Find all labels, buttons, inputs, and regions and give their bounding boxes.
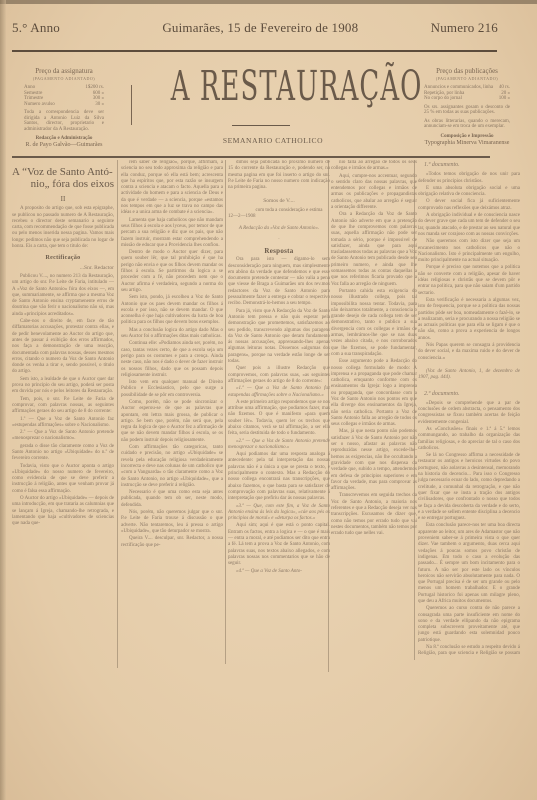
paragraph: gerada o disse tão claramente como a Voz… <box>12 444 114 463</box>
paragraph: rem saber de religião», porque, affirmam… <box>121 160 223 217</box>
paragraph: Mas a conclusão logica do artigo dado Ma… <box>121 328 223 341</box>
paragraph: «Todos temos obrigação de nos unir para … <box>418 172 520 185</box>
paragraph: Aqui podiamos dar uma resposta analoga á… <box>228 452 330 502</box>
paragraph: A este primeiro artigo respondemos que s… <box>228 400 330 438</box>
column-4: nio falla ao arregão de todos os seus co… <box>331 160 417 662</box>
paragraph: A proposito do artigo que, sob esta epig… <box>12 206 114 250</box>
paragraph: Se lá no Congresso affirma a necessidade… <box>418 453 520 522</box>
title-rule <box>232 125 290 126</box>
issue-number: Numero 216 <box>431 20 498 36</box>
price-row: Numero avulso30 » <box>24 102 104 108</box>
discount-note: Os srs. assignantes gosam o desconto de … <box>424 105 510 116</box>
column-1: A “Voz de Santo Antó- nio„ fóra dos eixo… <box>12 160 114 670</box>
paragraph: dimos seja publicada no proximo numero d… <box>228 160 330 191</box>
paragraph: Não queremos com isto dizer que seja um … <box>418 239 520 264</box>
paragraph: Transcrevemos em seguida trechos da Voz … <box>331 493 417 537</box>
volume-label: 5.° Anno <box>12 20 60 36</box>
paragraph: Necessario é que uma como esta seja ante… <box>121 490 223 509</box>
paragraph: Esse argumento pode a Redacção do nosso … <box>331 359 417 428</box>
paragraph: O Auctor do artigo «Ubiquidade» — depois… <box>12 496 114 527</box>
literary-note: As obras litterarias, quando o merecam, … <box>424 119 510 130</box>
column-rule <box>414 160 415 660</box>
header-line: 5.° Anno Guimarães, 15 de Fevereiro de 1… <box>10 20 498 36</box>
publications-box: Preço das publicações (PAGAMENTO ADIANTA… <box>424 68 510 146</box>
paragraph: Mas, já que nesta ponto não podemos sati… <box>331 429 417 492</box>
paragraph: Com affirmações tão categoricas, tanto c… <box>121 445 223 489</box>
column-2: rem saber de religião», porque, affirmam… <box>121 160 223 662</box>
article-part: II <box>12 196 114 202</box>
paragraph: Esta conclusão parece-nos ter uma boa di… <box>418 523 520 605</box>
newspaper-title: A RESTAURAÇÃO <box>171 63 365 110</box>
paragraph: Tem, pois, o snr. P.e Leite de Faria de … <box>12 397 114 416</box>
quoted-point: «1.º — Que a Voz de Santo Antonio faz es… <box>228 386 330 399</box>
page-top-edge <box>0 0 537 4</box>
paragraph: Cabe-nos o direito de, em face de tão di… <box>12 319 114 376</box>
paragraph: Dentro de modo o Auctor quer dizer, para… <box>121 250 223 294</box>
closing-line: com toda a consideração e estima <box>248 208 330 214</box>
quoted-point: «4.º — Que a Voz de Santo Anto- <box>228 569 330 575</box>
subscription-subheading: (PAGAMENTO ADIANTADO) <box>24 76 104 82</box>
paragraph: Porque é preciso que notemos que a polit… <box>418 265 520 296</box>
subscription-heading: Preço da assignatura <box>24 68 104 74</box>
paragraph: Continua elle: «Podiamos ainda ser, poré… <box>121 341 223 379</box>
paragraph: Queremos ao curso contra de não parece a… <box>418 606 520 644</box>
paragraph: Esta verificação é necessaria a algumas … <box>418 298 520 342</box>
section-heading: Rectificação <box>12 255 114 261</box>
paragraph: A obrigação individual e de consciencia … <box>418 213 520 238</box>
column-rule <box>225 160 226 664</box>
paragraph: Queira V.... desculpar, snr. Redactor, a… <box>121 536 223 549</box>
office-address: R. de Payo Galvão—Guimarães <box>24 142 104 148</box>
document-heading: 1.º documento. <box>424 162 520 168</box>
paragraph: Nós, porém, não queremos julgar que o sn… <box>121 510 223 535</box>
paragraph: Ora para isto — digamo-lo sem desconside… <box>228 257 330 307</box>
page-binding-edge <box>0 0 6 800</box>
paragraph: Aqui sim; aqui é que está o ponto capita… <box>228 523 330 567</box>
printer-name: Typographia Minerva Vimaranense <box>424 140 510 146</box>
quoted-point: «3.º — Que, com este fim, a Voz de Santo… <box>228 504 330 523</box>
subscription-box: Preço da assignatura (PAGAMENTO ADIANTAD… <box>24 68 104 148</box>
column-5: 1.º documento. «Todos temos obrigação de… <box>418 160 520 656</box>
column-rule <box>117 160 118 668</box>
paragraph: As «Conclusões» finais e 1.ª á 5.ª lemos… <box>418 427 520 452</box>
paragraph: 1.º — Que a Voz de Santo Antonio faz «es… <box>12 417 114 430</box>
header-rule <box>12 50 497 52</box>
paragraph: E uma absoluta obrigação social e uma ob… <box>418 186 520 199</box>
paragraph: Ora a Redacção da Voz de Santo Antonio n… <box>331 212 417 288</box>
paragraph: Lamenta que haja catholicos que não mand… <box>121 218 223 249</box>
correspondence-note: Toda a correspondencia deve ser dirigida… <box>24 110 104 132</box>
paragraph: Portanto cahida esta exigencia do nosso … <box>331 289 417 358</box>
paragraph: Como, porém, não se pode sincronizar o A… <box>121 400 223 444</box>
paragraph: «Depois se comprehende que a par de conc… <box>418 401 520 426</box>
masthead-separator <box>12 156 490 158</box>
box-divider <box>131 85 132 125</box>
newspaper-subtitle: SEMANARIO CATHOLICO <box>133 136 413 145</box>
signature-line: Somos de V.... <box>228 198 330 204</box>
paragraph: Aqui, cumpre-nos accentuar, segundo o se… <box>331 174 417 212</box>
article-title: A “Voz de Santo Antó- nio„ fóra dos eixo… <box>12 166 114 190</box>
paragraph: Isto vem em qualquer manual de Direito P… <box>121 380 223 399</box>
document-heading: 2.º documento. <box>424 391 520 397</box>
paragraph: 2.º — Que a Voz de Santo Antonio pretend… <box>12 430 114 443</box>
paragraph: Sem isto, pondo, já escolheu a Voz de Sa… <box>121 295 223 326</box>
citation: (Voz de Santo Antonio, 1, de dezembro de… <box>418 369 520 382</box>
signed-by: A Redacção da «Voz de Santo Antonio». <box>228 226 330 232</box>
paragraph: Publicou V...., no numero 213 da Restaur… <box>12 274 114 318</box>
section-heading: Resposta <box>228 248 330 254</box>
salutation: ...Snr. Redactor <box>12 265 114 271</box>
paragraph: Para já, visto que A Redacção da Voz de … <box>228 309 330 366</box>
quoted-point: «2.º — Que a Voz de Santo Antonio preten… <box>228 439 330 452</box>
column-rule <box>328 160 329 672</box>
publications-heading: Preço das publicações <box>424 68 510 74</box>
paragraph: O dever social fica já suficientemente c… <box>418 199 520 212</box>
paragraph: nio falla ao arregão de todos os seus co… <box>331 160 417 173</box>
price-row: No corpo do jornal100 » <box>424 96 510 102</box>
paragraph: Quer pois a illustre Redacção que compro… <box>228 366 330 385</box>
place-date: Guimarães, 15 de Fevereiro de 1908 <box>162 20 358 36</box>
paragraph: Todavia, visto que o Auctor aponta o art… <box>12 464 114 495</box>
paragraph: Na 8.ª conclusão se estudo a respeito de… <box>418 645 520 656</box>
column-3: dimos seja publicada no proximo numero d… <box>228 160 330 670</box>
paragraph: Sem isto, a lealdade de que o Auctor que… <box>12 377 114 396</box>
publications-subheading: (PAGAMENTO ADIANTADO) <box>424 76 510 82</box>
paragraph: Nós Papas querem se consagra á providenc… <box>418 343 520 362</box>
